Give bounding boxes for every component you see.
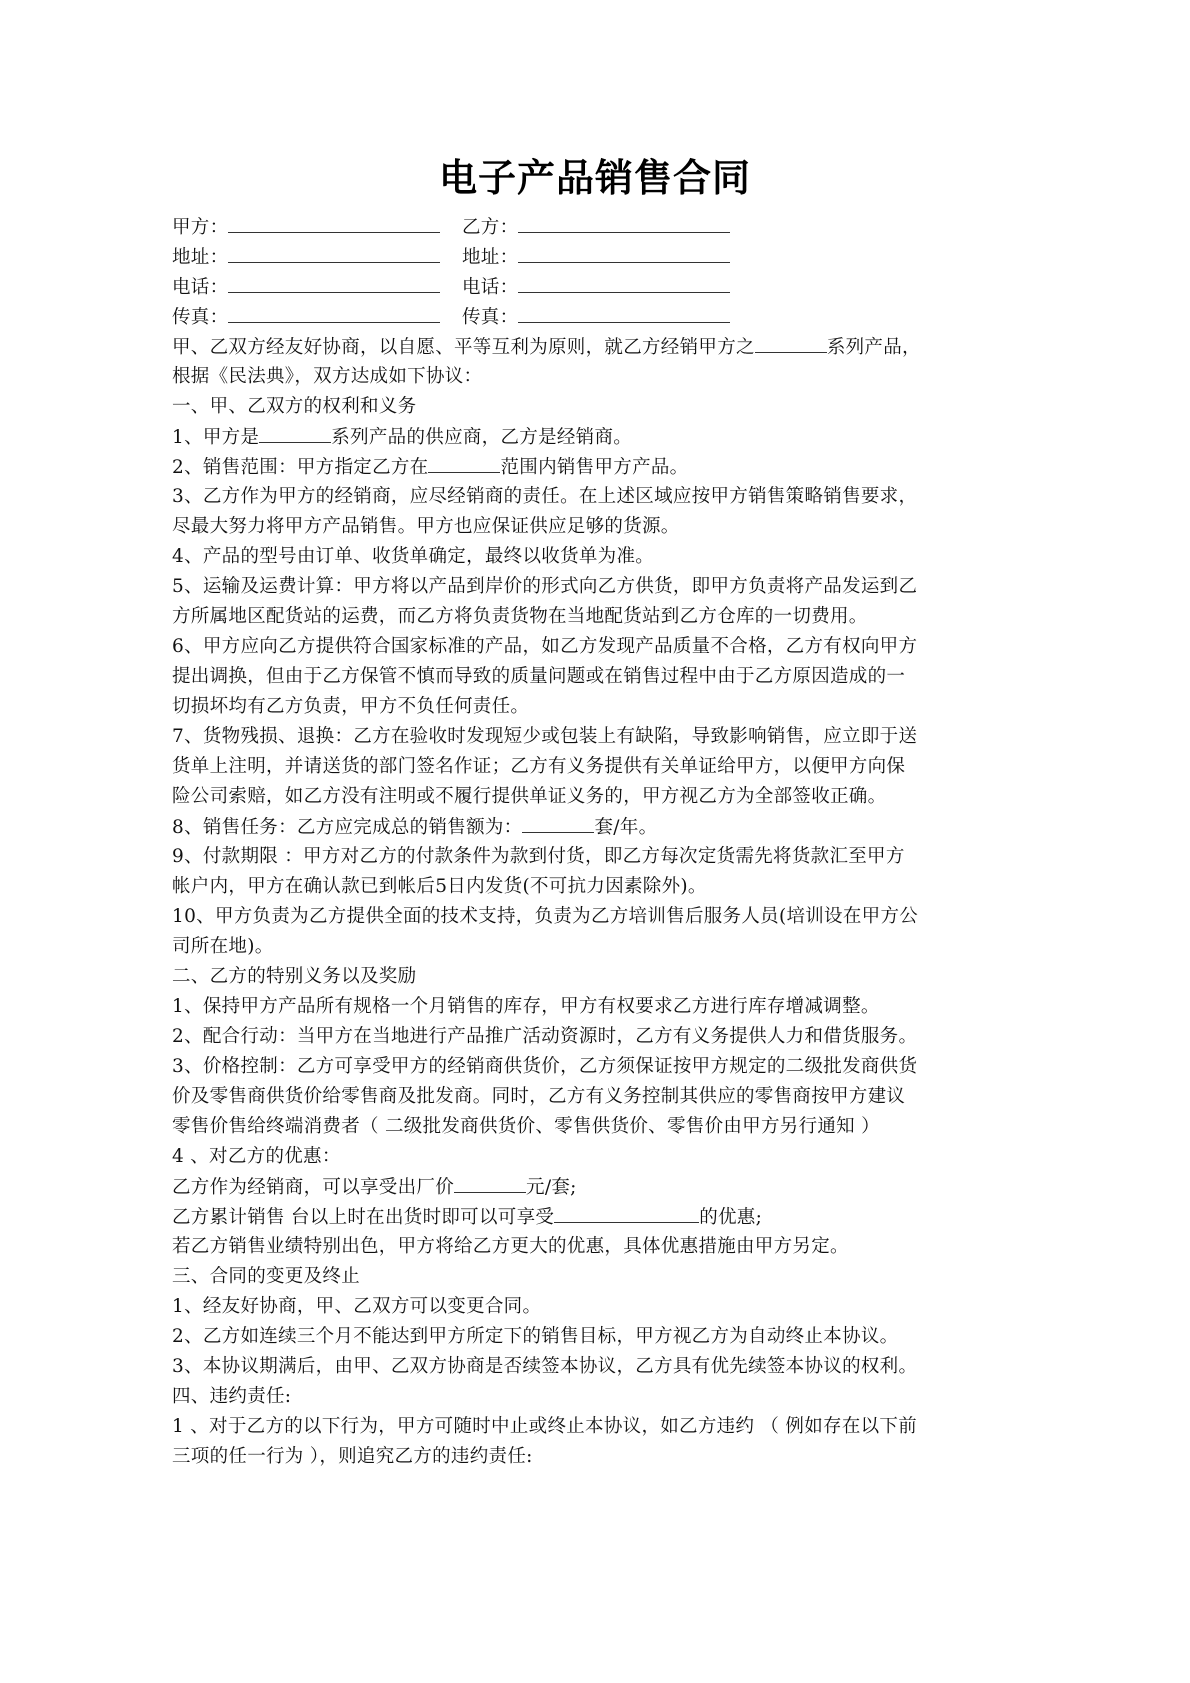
s2-item-4-a: 乙方作为经销商，可以享受出厂价元/套; — [172, 1172, 1012, 1202]
party-a-fax-label: 传真： — [172, 307, 228, 328]
party-a-fax-field[interactable] — [228, 302, 440, 323]
s4-item-1-line-1: 1 、对于乙方的以下行为，甲方可随时中止或终止本协议，如乙方违约 （ 例如存在以… — [172, 1412, 1012, 1442]
party-row-address: 地址： 地址： — [172, 242, 1012, 272]
document-page: 电子产品销售合同 甲方： 乙方： 地址： 地址： 电话： 电话： 传真： 传真：… — [0, 0, 1190, 1683]
sales-region-field[interactable] — [428, 452, 500, 473]
s2-item-2: 2、配合行动：当甲方在当地进行产品推广活动资源时，乙方有义务提供人力和借货服务。 — [172, 1022, 1012, 1052]
s1-item-2: 2、销售范围：甲方指定乙方在范围内销售甲方产品。 — [172, 452, 1012, 482]
party-a-phone-label: 电话： — [172, 277, 228, 298]
section-2-heading: 二、乙方的特别义务以及奖励 — [172, 962, 1012, 992]
discount-field[interactable] — [554, 1202, 699, 1223]
party-b-phone-field[interactable] — [518, 272, 730, 293]
section-4-heading: 四、违约责任: — [172, 1382, 1012, 1412]
s1-item-10-line-2: 司所在地)。 — [172, 932, 1012, 962]
s2-item-3-line-2: 价及零售商供货价给零售商及批发商。同时，乙方有义务控制其供应的零售商按甲方建议 — [172, 1082, 1012, 1112]
s1-item-1: 1、甲方是系列产品的供应商，乙方是经销商。 — [172, 422, 1012, 452]
s1-item-3-line-2: 尽最大努力将甲方产品销售。甲方也应保证供应足够的货源。 — [172, 512, 1012, 542]
s1-item-9-line-2: 帐户内，甲方在确认款已到帐后5日内发货(不可抗力因素除外)。 — [172, 872, 1012, 902]
s2-item-3-line-1: 3、价格控制：乙方可享受甲方的经销商供货价，乙方须保证按甲方规定的二级批发商供货 — [172, 1052, 1012, 1082]
party-b-address-label: 地址： — [462, 247, 518, 268]
s2-item-3-line-3: 零售价售给终端消费者（ 二级批发商供货价、零售供货价、零售价由甲方另行通知 ） — [172, 1112, 1012, 1142]
party-row-fax: 传真： 传真： — [172, 302, 1012, 332]
party-a-phone-field[interactable] — [228, 272, 440, 293]
party-row-phone: 电话： 电话： — [172, 272, 1012, 302]
party-b-label: 乙方： — [462, 217, 518, 238]
s1-item-8: 8、销售任务：乙方应完成总的销售额为：套/年。 — [172, 812, 1012, 842]
party-a-address-label: 地址： — [172, 247, 228, 268]
party-b-phone-label: 电话： — [462, 277, 518, 298]
party-b-fax-field[interactable] — [518, 302, 730, 323]
supplier-series-field[interactable] — [259, 422, 331, 443]
section-3-heading: 三、合同的变更及终止 — [172, 1262, 1012, 1292]
party-a-address-field[interactable] — [228, 242, 440, 263]
party-b-fax-label: 传真： — [462, 307, 518, 328]
s1-item-7-line-1: 7、货物残损、退换：乙方在验收时发现短少或包装上有缺陷，导致影响销售，应立即于送 — [172, 722, 1012, 752]
party-b-address-field[interactable] — [518, 242, 730, 263]
s1-item-6-line-2: 提出调换，但由于乙方保管不慎而导致的质量问题或在销售过程中由于乙方原因造成的一 — [172, 662, 1012, 692]
s2-item-1: 1、保持甲方产品所有规格一个月销售的库存，甲方有权要求乙方进行库存增减调整。 — [172, 992, 1012, 1022]
s2-item-4: 4 、对乙方的优惠： — [172, 1142, 1012, 1172]
s2-item-4-b: 乙方累计销售 台以上时在出货时即可以可享受的优惠; — [172, 1202, 1012, 1232]
s3-item-3: 3、本协议期满后，由甲、乙双方协商是否续签本协议，乙方具有优先续签本协议的权利。 — [172, 1352, 1012, 1382]
s4-item-1-line-2: 三项的任一行为 ），则追究乙方的违约责任: — [172, 1442, 1012, 1472]
s1-item-7-line-3: 险公司索赔，如乙方没有注明或不履行提供单证义务的，甲方视乙方为全部签收正确。 — [172, 782, 1012, 812]
s1-item-9-line-1: 9、付款期限 ：甲方对乙方的付款条件为款到付货，即乙方每次定货需先将货款汇至甲方 — [172, 842, 1012, 872]
party-a-label: 甲方： — [172, 217, 228, 238]
product-series-field[interactable] — [755, 332, 827, 353]
s1-item-5-line-1: 5、运输及运费计算：甲方将以产品到岸价的形式向乙方供货，即甲方负责将产品发运到乙 — [172, 572, 1012, 602]
s3-item-2: 2、乙方如连续三个月不能达到甲方所定下的销售目标，甲方视乙方为自动终止本协议。 — [172, 1322, 1012, 1352]
party-b-name-field[interactable] — [518, 212, 730, 233]
s3-item-1: 1、经友好协商，甲、乙双方可以变更合同。 — [172, 1292, 1012, 1322]
s1-item-7-line-2: 货单上注明，并请送货的部门签名作证；乙方有义务提供有关单证给甲方，以便甲方向保 — [172, 752, 1012, 782]
s2-item-4-c: 若乙方销售业绩特别出色，甲方将给乙方更大的优惠，具体优惠措施由甲方另定。 — [172, 1232, 1012, 1262]
s1-item-10-line-1: 10、甲方负责为乙方提供全面的技术支持，负责为乙方培训售后服务人员(培训设在甲方… — [172, 902, 1012, 932]
s1-item-3-line-1: 3、乙方作为甲方的经销商，应尽经销商的责任。在上述区域应按甲方销售策略销售要求， — [172, 482, 1012, 512]
section-1-heading: 一、甲、乙双方的权利和义务 — [172, 392, 1012, 422]
document-title: 电子产品销售合同 — [0, 150, 1190, 206]
factory-price-field[interactable] — [454, 1172, 526, 1193]
document-body: 甲方： 乙方： 地址： 地址： 电话： 电话： 传真： 传真： 甲、乙双方经友好… — [172, 212, 1012, 1472]
party-row-name: 甲方： 乙方： — [172, 212, 1012, 242]
s1-item-6-line-3: 切损坏均有乙方负责，甲方不负任何责任。 — [172, 692, 1012, 722]
s1-item-4: 4、产品的型号由订单、收货单确定，最终以收货单为准。 — [172, 542, 1012, 572]
party-a-name-field[interactable] — [228, 212, 440, 233]
s1-item-5-line-2: 方所属地区配货站的运费，而乙方将负责货物在当地配货站到乙方仓库的一切费用。 — [172, 602, 1012, 632]
intro-line-2: 根据《民法典》，双方达成如下协议： — [172, 362, 1012, 392]
intro-line-1: 甲、乙双方经友好协商，以自愿、平等互利为原则，就乙方经销甲方之系列产品， — [172, 332, 1012, 362]
sales-target-field[interactable] — [522, 812, 594, 833]
s1-item-6-line-1: 6、甲方应向乙方提供符合国家标准的产品，如乙方发现产品质量不合格，乙方有权向甲方 — [172, 632, 1012, 662]
